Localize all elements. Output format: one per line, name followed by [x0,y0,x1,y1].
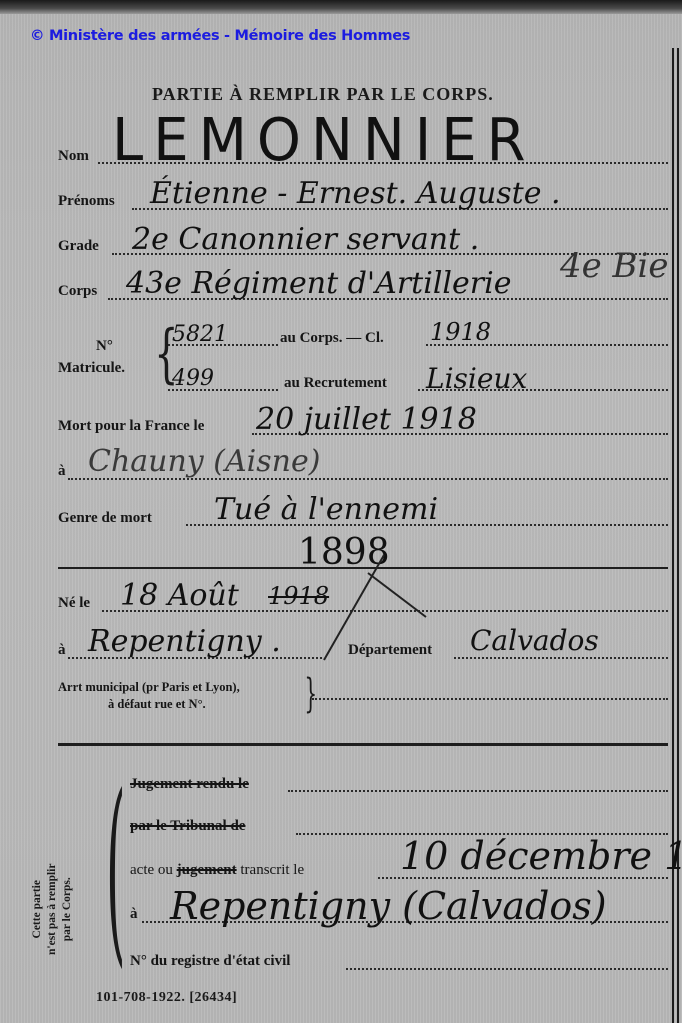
genre-de-mort-label: Genre de mort [58,510,152,527]
copyright-watermark: © Ministère des armées - Mémoire des Hom… [30,28,410,44]
ne-le-label: Né le [58,595,90,612]
departement-line [454,657,668,659]
prenoms-value: Étienne - Ernest. Auguste . [150,176,561,211]
departement-value: Calvados [470,624,599,657]
mort-date: 20 juillet 1918 [256,402,477,437]
matricule-label: Matricule. [58,360,125,377]
ne-lieu-label: à [58,642,66,659]
acte-struck-word: jugement [177,862,237,878]
ne-le-value: 18 Août [120,578,239,613]
side-note-line: n'est pas à remplir [45,864,60,955]
section-header: PARTIE À REMPLIR PAR LE CORPS. [152,84,494,105]
matricule-no-label: N° [96,338,113,355]
corps-label: Corps [58,283,97,300]
transcription-lieu-value: Repentigny (Calvados) [170,884,607,928]
matricule-recrutement-number: 499 [172,366,214,391]
scan-top-border [0,0,682,14]
recrutement-label: au Recrutement [284,375,387,392]
corps-annotation: 4e Bie [560,246,669,286]
genre-de-mort-value: Tué à l'ennemi [214,492,438,527]
grade-value: 2e Canonnier servant . [132,222,479,257]
jugement-line [288,790,668,792]
arrondissement-label-line1: Arrt municipal (pr Paris et Lyon), [58,680,240,695]
side-note: Cette partie n'est pas à remplir par le … [30,864,75,955]
nom-label: Nom [58,148,89,165]
side-note-line: par le Corps. [60,864,75,955]
nom-value: LEMONNIER [112,106,536,174]
side-note-line: Cette partie [30,864,45,955]
departement-label: Département [348,642,432,659]
mort-label: Mort pour la France le [58,418,204,435]
section-separator [58,743,668,746]
mort-lieu-label: à [58,463,66,480]
mort-lieu-value: Chauny (Aisne) [88,444,320,479]
recrutement-place: Lisieux [426,362,527,395]
arrondissement-brace: } [304,672,317,716]
grade-label: Grade [58,238,99,255]
acte-label: acte ou jugement transcrit le [130,862,304,879]
ne-lieu-value: Repentigny . [88,624,281,659]
acte-suffix: transcrit le [240,862,304,878]
classe-value: 1918 [430,318,491,346]
prenoms-label: Prénoms [58,193,115,210]
matricule-corps-number: 5821 [172,322,228,347]
registre-line [346,968,668,970]
acte-prefix: acte ou [130,862,173,878]
form-reference: 101-708-1922. [26434] [96,990,237,1006]
au-corps-label: au Corps. — Cl. [280,330,384,347]
transcription-lieu-label: à [130,906,138,923]
arrondissement-line [312,698,668,700]
death-record-card: © Ministère des armées - Mémoire des Hom… [0,0,682,1023]
arrondissement-label-line2: à défaut rue et N°. [108,697,206,712]
registre-label: N° du registre d'état civil [130,953,290,970]
acte-date: 10 décembre 1918 [400,834,682,878]
tribunal-label: par le Tribunal de [130,818,245,835]
transcription-brace: ( [106,770,126,970]
corps-value: 43e Régiment d'Artillerie [126,266,511,301]
jugement-label: Jugement rendu le [130,776,249,793]
